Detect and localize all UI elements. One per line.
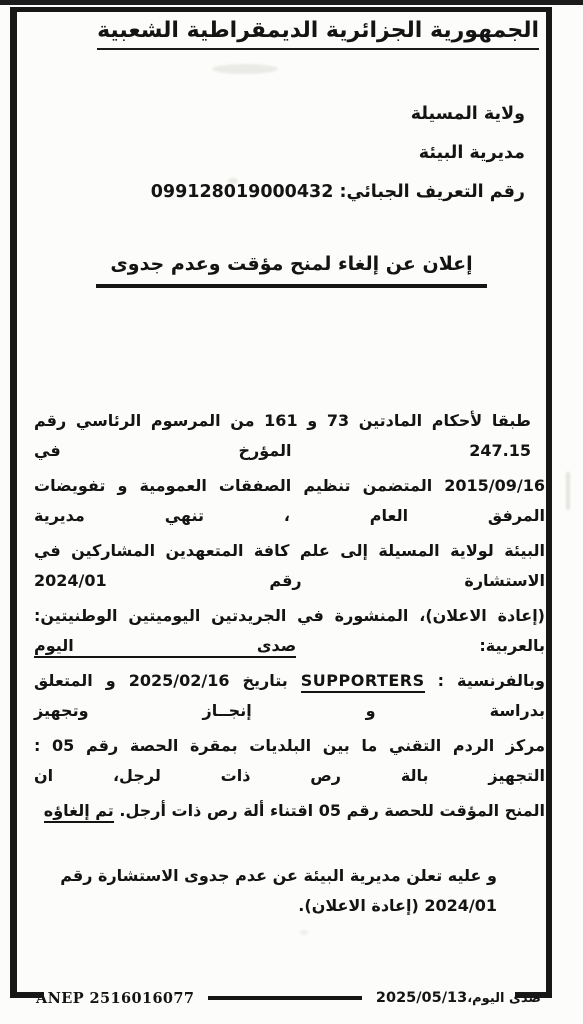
body-line-6: مركز الردم التقني ما بين البلديات بمقرة … <box>34 723 545 788</box>
body-line-2: 2015/09/16 المتضمن تنظيم الصفقات العمومي… <box>34 463 545 528</box>
tax-id-label: رقم التعريف الجبائي: <box>339 182 525 202</box>
body-line-3: البيئة لولاية المسيلة إلى علم كافة المتع… <box>34 528 545 593</box>
notice-title: إعلان عن إلغاء لمنح مؤقت وعدم جدوى <box>96 253 486 288</box>
french-newspaper-name: SUPPORTERS <box>301 671 425 693</box>
anep-reference: ANEP 2516016077 <box>36 990 194 1007</box>
body-line-8: و عليه تعلن مديرية البيئة عن عدم جدوى ال… <box>34 853 545 918</box>
publication-credit: صدى اليوم،2025/05/13 <box>376 990 541 1006</box>
republic-header: الجمهورية الجزائرية الديمقراطية الشعبية <box>20 18 539 43</box>
tax-id-value: 099128019000432 <box>151 182 334 202</box>
body-line-7-text: المنح المؤقت للحصة رقم 05 اقتناء ألة رص … <box>114 801 545 820</box>
scanned-announcement-page: الجمهورية الجزائرية الديمقراطية الشعبية … <box>0 0 583 1024</box>
body-line-7: المنح المؤقت للحصة رقم 05 اقتناء ألة رص … <box>34 788 545 853</box>
tax-id-line: رقم التعريف الجبائي: 099128019000432 <box>40 173 525 212</box>
republic-title: الجمهورية الجزائرية الديمقراطية الشعبية <box>97 18 539 50</box>
footer-row: ANEP 2516016077 صدى اليوم،2025/05/13 <box>36 985 541 1011</box>
scan-artifact <box>212 64 278 74</box>
body-line-1: طبقا لأحكام المادتين 73 و 161 من المرسوم… <box>34 398 545 463</box>
cancellation-statement: تم إلغاؤه <box>44 801 114 823</box>
wilaya-name: ولاية المسيلة <box>40 95 525 134</box>
directorate-name: مديرية البيئة <box>40 134 525 173</box>
scan-edge-strip <box>0 0 583 5</box>
body-line-5: وبالفرنسية : SUPPORTERS بتاريخ 2025/02/1… <box>34 658 545 723</box>
publication-date: 2025/05/13 <box>376 990 467 1006</box>
footer-divider-line <box>208 996 361 1000</box>
notice-body: طبقا لأحكام المادتين 73 و 161 من المرسوم… <box>34 398 545 918</box>
agency-block: ولاية المسيلة مديرية البيئة رقم التعريف … <box>40 95 525 212</box>
scan-artifact <box>300 930 308 935</box>
scan-artifact <box>566 472 570 510</box>
body-line-5-text: وبالفرنسية : <box>425 671 545 690</box>
body-line-4: (إعادة الاعلان)، المنشورة في الجريدتين ا… <box>34 593 545 658</box>
notice-title-row: إعلان عن إلغاء لمنح مؤقت وعدم جدوى <box>0 253 583 275</box>
newspaper-name: صدى اليوم <box>472 991 541 1006</box>
arabic-newspaper-name: صدى اليوم <box>34 636 296 658</box>
